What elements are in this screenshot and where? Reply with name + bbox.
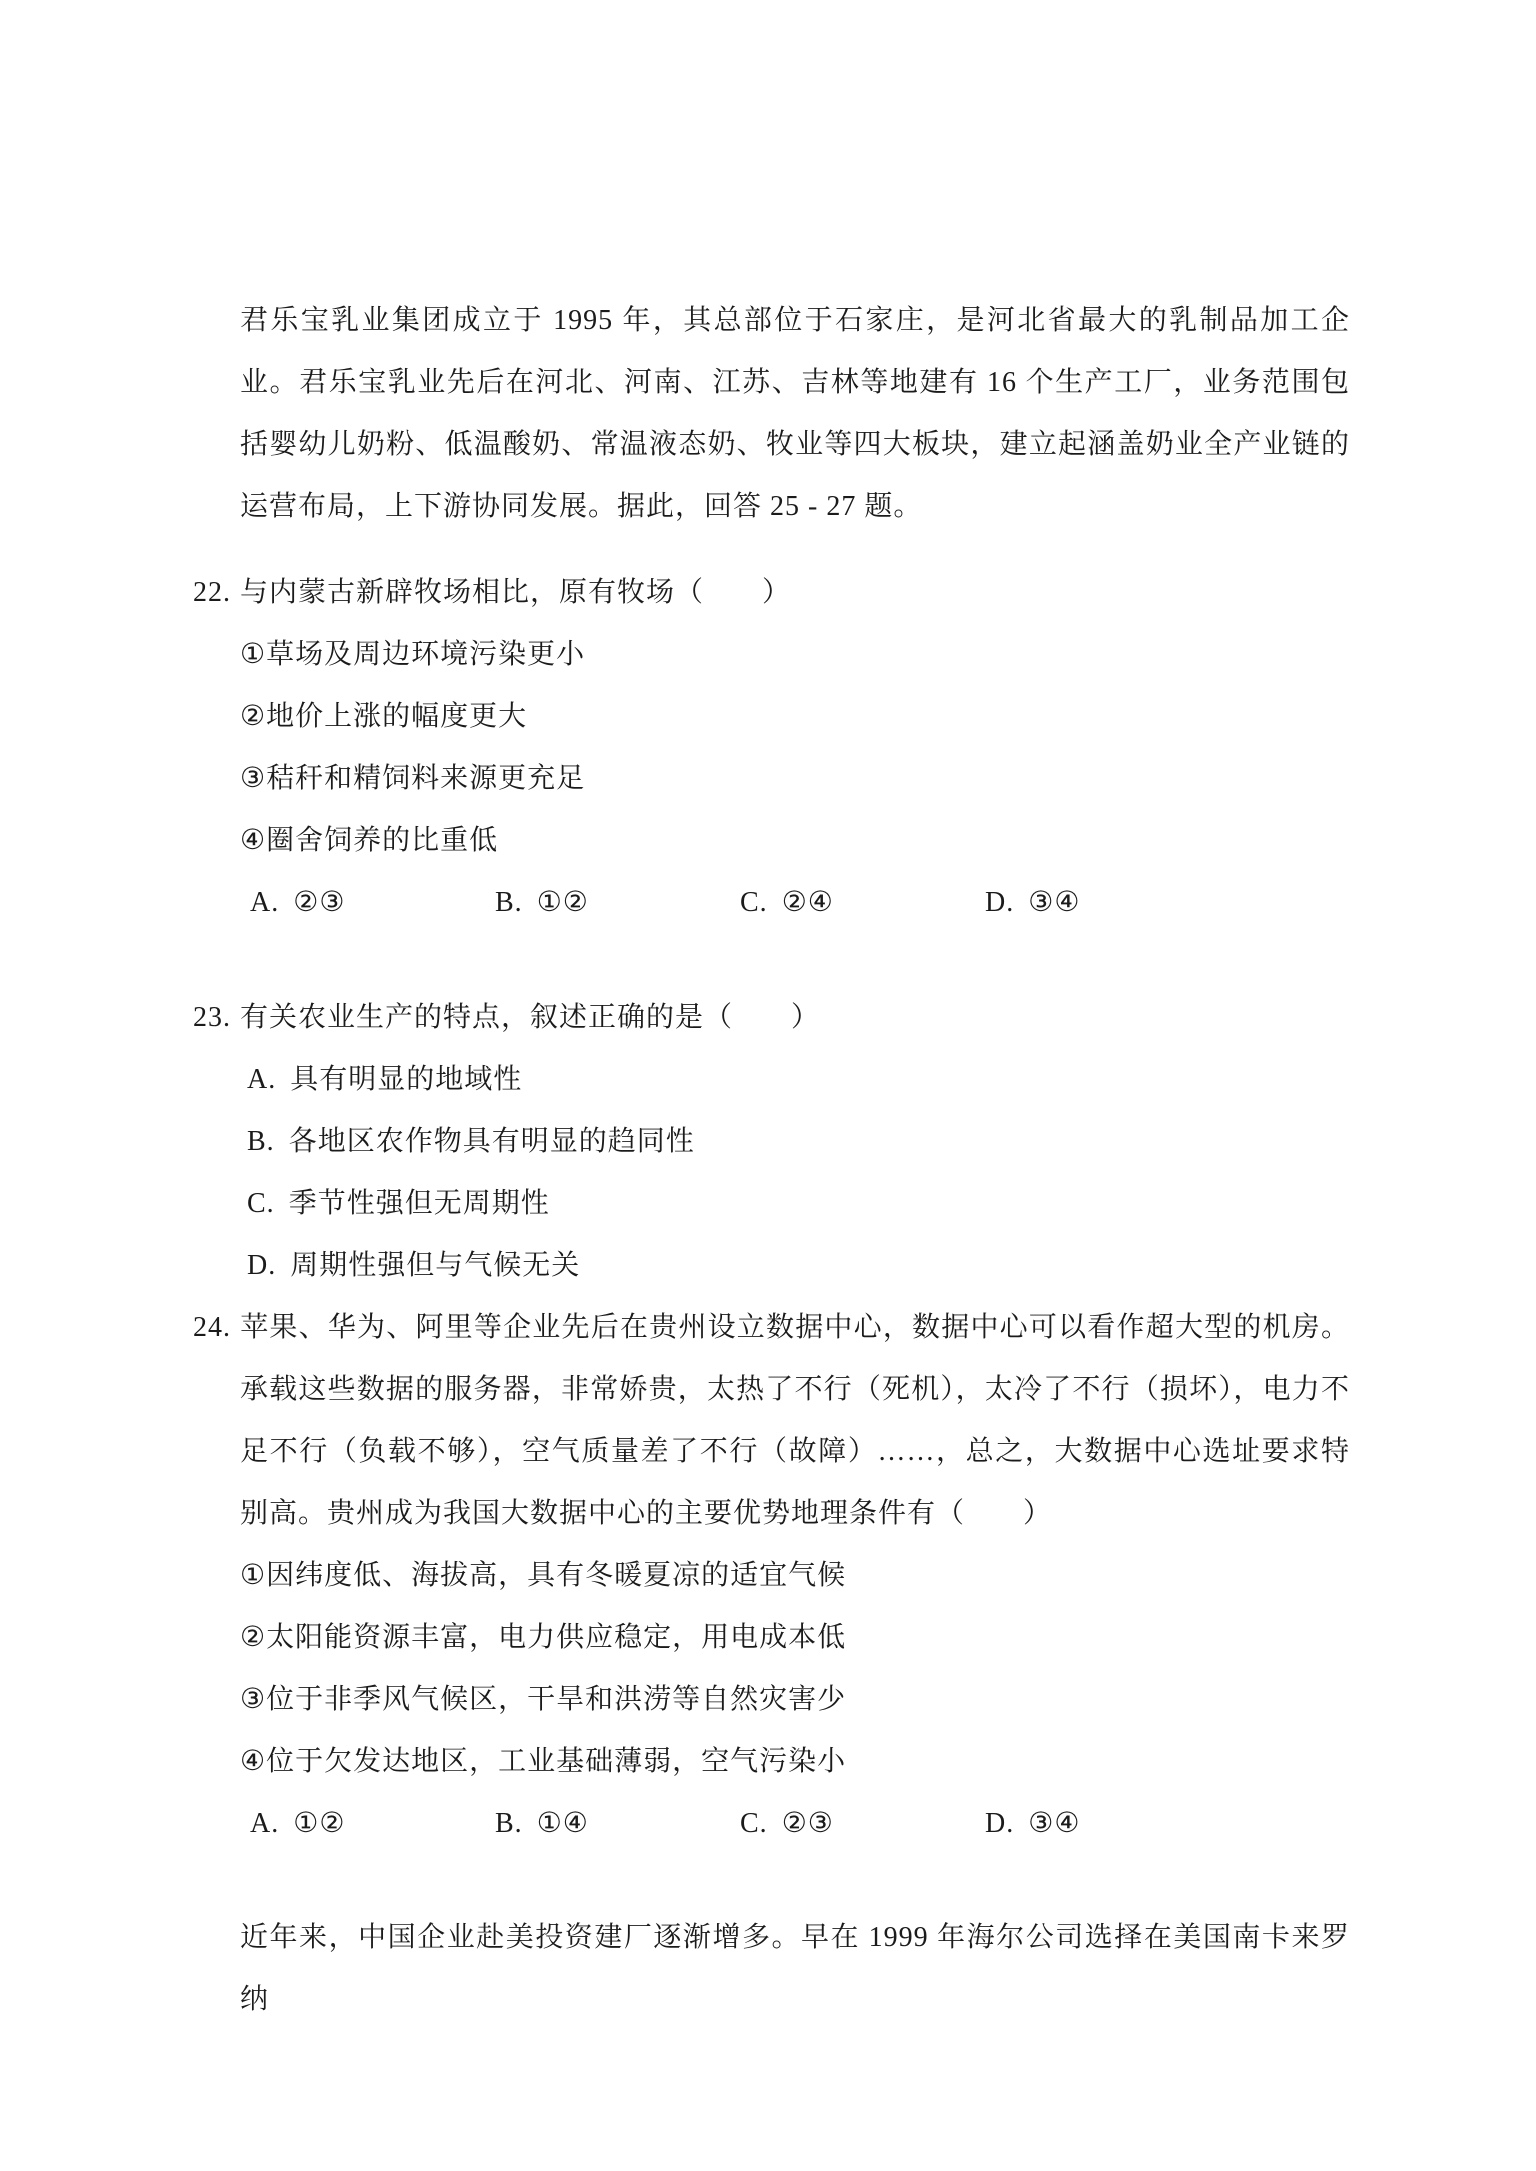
- question-24-stem: 24.苹果、华为、阿里等企业先后在贵州设立数据中心，数据中心可以看作超大型的机房…: [193, 1297, 1350, 1545]
- option-label: A.: [247, 1064, 276, 1095]
- question-22: 22.与内蒙古新辟牧场相比，原有牧场（ ） ①草场及周边环境污染更小 ②地价上涨…: [193, 562, 1350, 934]
- option-value: ①②: [293, 1808, 345, 1839]
- option-value: ①④: [537, 1808, 589, 1839]
- question-24-stem-text: 苹果、华为、阿里等企业先后在贵州设立数据中心，数据中心可以看作超大型的机房。承载…: [240, 1312, 1350, 1529]
- exam-document-page: 君乐宝乳业集团成立于 1995 年，其总部位于石家庄，是河北省最大的乳制品加工企…: [0, 0, 1536, 2171]
- question-23-option-b: B.各地区农作物具有明显的趋同性: [193, 1111, 1350, 1173]
- question-22-option-c: C.②④: [740, 872, 985, 934]
- question-23-option-c: C.季节性强但无周期性: [193, 1173, 1350, 1235]
- option-value: ③④: [1028, 887, 1080, 918]
- option-label: B.: [495, 887, 523, 918]
- option-label: B.: [247, 1126, 275, 1157]
- option-value: ②③: [293, 887, 345, 918]
- option-value: 季节性强但无周期性: [289, 1188, 550, 1219]
- question-22-options: A.②③ B.①② C.②④ D.③④: [193, 872, 1350, 934]
- question-22-statement-4: ④圈舍饲养的比重低: [193, 810, 1350, 872]
- question-24-statement-2: ②太阳能资源丰富，电力供应稳定，用电成本低: [193, 1607, 1350, 1669]
- question-24: 24.苹果、华为、阿里等企业先后在贵州设立数据中心，数据中心可以看作超大型的机房…: [193, 1297, 1350, 1855]
- question-24-number: 24.: [193, 1297, 232, 1359]
- option-label: D.: [985, 1808, 1014, 1839]
- option-value: ①②: [537, 887, 589, 918]
- intro-paragraph: 君乐宝乳业集团成立于 1995 年，其总部位于石家庄，是河北省最大的乳制品加工企…: [193, 290, 1350, 538]
- question-22-statement-1: ①草场及周边环境污染更小: [193, 624, 1350, 686]
- question-22-option-d: D.③④: [985, 872, 1230, 934]
- option-value: 周期性强但与气候无关: [290, 1250, 580, 1281]
- question-23-option-d: D.周期性强但与气候无关: [193, 1235, 1350, 1297]
- question-24-statement-4: ④位于欠发达地区，工业基础薄弱，空气污染小: [193, 1731, 1350, 1793]
- question-23: 23.有关农业生产的特点，叙述正确的是（ ） A.具有明显的地域性 B.各地区农…: [193, 987, 1350, 1297]
- question-24-statement-3: ③位于非季风气候区，干旱和洪涝等自然灾害少: [193, 1669, 1350, 1731]
- question-23-stem-text: 有关农业生产的特点，叙述正确的是（ ）: [240, 1002, 820, 1033]
- question-22-number: 22.: [193, 562, 232, 624]
- question-24-option-d: D.③④: [985, 1793, 1230, 1855]
- option-label: C.: [247, 1188, 275, 1219]
- question-23-number: 23.: [193, 987, 232, 1049]
- footer-paragraph: 近年来，中国企业赴美投资建厂逐渐增多。早在 1999 年海尔公司选择在美国南卡来…: [193, 1907, 1350, 2031]
- option-label: C.: [740, 1808, 768, 1839]
- option-label: B.: [495, 1808, 523, 1839]
- question-23-stem: 23.有关农业生产的特点，叙述正确的是（ ）: [193, 987, 1350, 1049]
- question-24-option-b: B.①④: [495, 1793, 740, 1855]
- question-22-statement-3: ③秸秆和精饲料来源更充足: [193, 748, 1350, 810]
- option-value: 具有明显的地域性: [290, 1064, 522, 1095]
- option-label: A.: [250, 887, 279, 918]
- question-22-option-b: B.①②: [495, 872, 740, 934]
- question-22-statement-2: ②地价上涨的幅度更大: [193, 686, 1350, 748]
- option-label: C.: [740, 887, 768, 918]
- option-value: ③④: [1028, 1808, 1080, 1839]
- option-value: ②③: [782, 1808, 834, 1839]
- option-value: 各地区农作物具有明显的趋同性: [289, 1126, 695, 1157]
- question-22-stem: 22.与内蒙古新辟牧场相比，原有牧场（ ）: [193, 562, 1350, 624]
- question-22-stem-text: 与内蒙古新辟牧场相比，原有牧场（ ）: [240, 577, 791, 608]
- option-label: D.: [247, 1250, 276, 1281]
- option-label: A.: [250, 1808, 279, 1839]
- question-23-options: A.具有明显的地域性 B.各地区农作物具有明显的趋同性 C.季节性强但无周期性 …: [193, 1049, 1350, 1297]
- question-23-option-a: A.具有明显的地域性: [193, 1049, 1350, 1111]
- question-24-options: A.①② B.①④ C.②③ D.③④: [193, 1793, 1350, 1855]
- question-24-option-c: C.②③: [740, 1793, 985, 1855]
- question-24-option-a: A.①②: [250, 1793, 495, 1855]
- question-24-statement-1: ①因纬度低、海拔高，具有冬暖夏凉的适宜气候: [193, 1545, 1350, 1607]
- question-22-option-a: A.②③: [250, 872, 495, 934]
- option-value: ②④: [782, 887, 834, 918]
- option-label: D.: [985, 887, 1014, 918]
